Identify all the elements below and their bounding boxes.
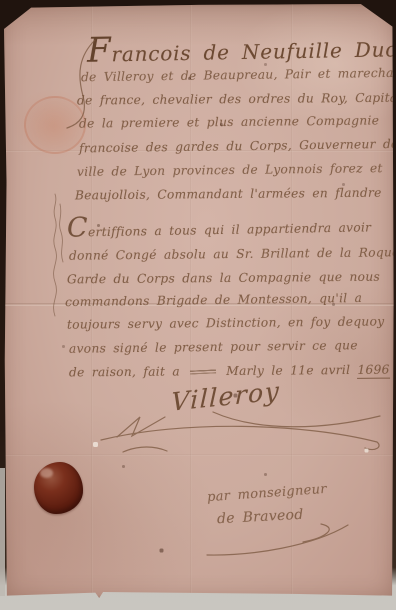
crossed-out-word — [190, 367, 216, 377]
body-line: Garde du Corps dans la Compagnie que nou… — [67, 270, 380, 287]
marginal-note-scribble — [54, 194, 57, 316]
date-line-place: Marly — [226, 364, 264, 378]
secretary-flourish — [303, 524, 329, 542]
date-line-rest: le 11e avril — [271, 363, 350, 378]
foxing-specks — [3, 4, 4, 5]
date-line-year: 1696 — [357, 363, 389, 379]
body-line: Certiffions a tous qui il appartiendra a… — [67, 207, 372, 243]
body-line: donné Congé absolu au Sr. Brillant de la… — [69, 245, 396, 262]
body-line: de france, chevalier des ordres du Roy, … — [77, 91, 396, 108]
manuscript-page: Francois de Neufuille Duc de Villeroy et… — [3, 4, 394, 598]
body-line: francoise des gardes du Corps, Gouverneu… — [79, 137, 396, 156]
paraph-zigzag — [117, 417, 165, 437]
secretary-note-line: par monseigneur — [207, 482, 328, 505]
villeroy-signature: Villeroy — [171, 376, 281, 417]
secretary-flourish-tail — [207, 525, 348, 555]
body-line: de Villeroy et de Beaupreau, Pair et mar… — [81, 66, 396, 84]
body-line: commandons Brigade de Montesson, qu'il a — [65, 291, 362, 309]
signature-long-flourish — [101, 426, 379, 449]
date-line-prefix: de raison, fait a — [69, 364, 180, 379]
backdrop-surface-sliver — [0, 468, 5, 596]
wax-seal — [34, 462, 83, 514]
photo-backdrop: Francois de Neufuille Duc de Villeroy et… — [0, 0, 396, 610]
marginal-note-scribble — [60, 204, 63, 262]
body-line: avons signé le present pour servir ce qu… — [69, 338, 358, 356]
fold-crease-horizontal — [3, 454, 394, 456]
body-line: Beaujollois, Commandant l'armées en flan… — [75, 186, 382, 203]
body-line: toujours servy avec Distinction, en foy … — [67, 314, 385, 331]
signature-underline — [213, 412, 380, 427]
wax-seal-highlight — [40, 468, 53, 478]
heading-line: Francois de Neufuille Duc — [87, 25, 396, 70]
body-line: de la premiere et plus ancienne Compagni… — [79, 113, 379, 130]
secretary-note-line: de Braveod — [217, 507, 304, 528]
body-line: ville de Lyon provinces de Lyonnois fore… — [77, 161, 383, 179]
paraph-zigzag-underline — [123, 447, 167, 452]
date-line: de raison, fait a Marly le 11e avril 169… — [69, 363, 390, 380]
